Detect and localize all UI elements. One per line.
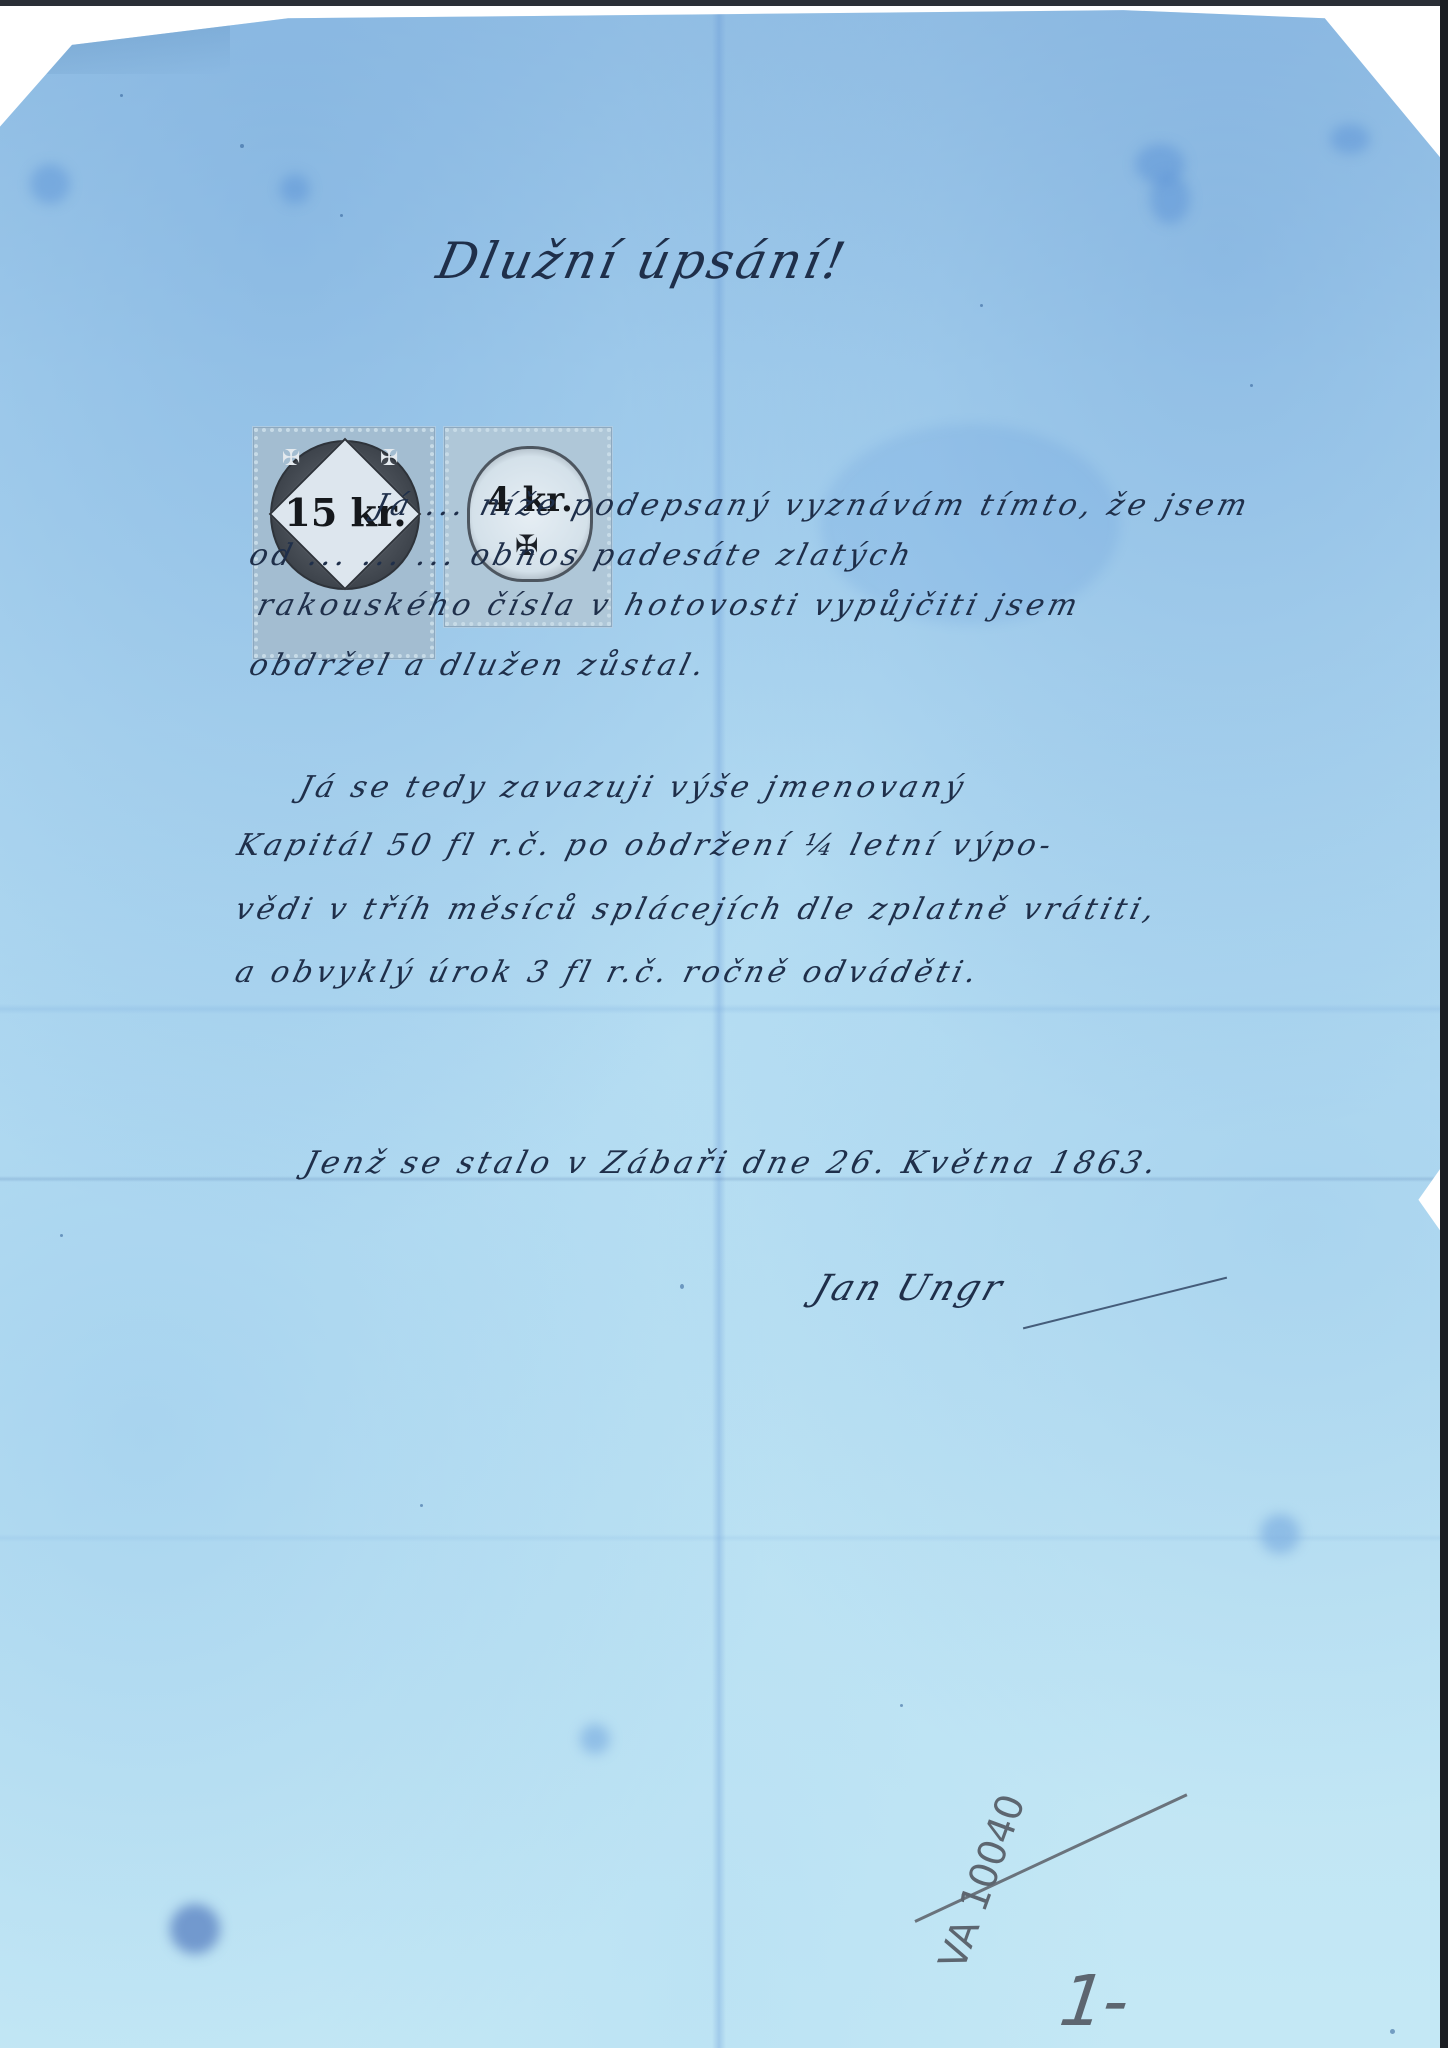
- water-stain: [30, 164, 70, 204]
- document-scan: Dlužní úpsání! ✠ ✠ 15 kr. 4 kr. ✠ Já ...…: [0, 0, 1448, 2048]
- horizontal-fold-line: [0, 1004, 1440, 1014]
- paper-sheet: [0, 4, 1440, 2048]
- body-line: rakouského čísla v hotovosti vypůjčiti j…: [254, 588, 1085, 623]
- speckle: [60, 1234, 63, 1237]
- speckle: [980, 304, 983, 307]
- body-line: a obvyklý úrok 3 fl r.č. ročně odváděti.: [232, 955, 984, 990]
- speckle: [900, 1704, 903, 1707]
- body-line: obdržel a dlužen zůstal.: [246, 648, 712, 683]
- water-stain: [1150, 174, 1190, 224]
- body-line: Já ... níže podepsaný vyznávám tímto, že…: [371, 488, 1255, 523]
- body-line: od ... ... ... obnos padesáte zlatých: [246, 538, 919, 573]
- place-date-line: Jenž se stalo v Zábaři dne 26. Května 18…: [301, 1145, 1164, 1181]
- water-stain: [280, 174, 310, 204]
- speckle: [1390, 2029, 1395, 2034]
- speckle: [120, 94, 123, 97]
- eagle-icon: ✠: [282, 448, 300, 470]
- speckle: [340, 214, 343, 217]
- scanner-edge-right: [1440, 0, 1448, 2048]
- body-line: Kapitál 50 fl r.č. po obdržení ¼ letní v…: [234, 828, 1059, 863]
- eagle-icon: ✠: [380, 448, 398, 470]
- document-title: Dlužní úpsání!: [432, 232, 853, 290]
- body-line: Já se tedy zavazuji výše jmenovaný: [296, 770, 971, 805]
- speckle: [680, 1284, 684, 1289]
- horizontal-fold-line: [0, 1534, 1440, 1542]
- body-line: vědi v tříh měsíců splácejích dle zplatn…: [232, 892, 1162, 927]
- water-stain: [580, 1724, 610, 1754]
- folded-corner: [0, 14, 230, 74]
- speckle: [420, 1504, 423, 1507]
- scanner-edge-top: [0, 0, 1448, 6]
- speckle: [240, 144, 244, 148]
- vertical-fold-line: [712, 4, 726, 2048]
- signature: Jan Ungr: [808, 1268, 1010, 1309]
- ink-blot: [170, 1904, 220, 1954]
- water-stain: [1330, 124, 1370, 154]
- speckle: [1250, 384, 1253, 387]
